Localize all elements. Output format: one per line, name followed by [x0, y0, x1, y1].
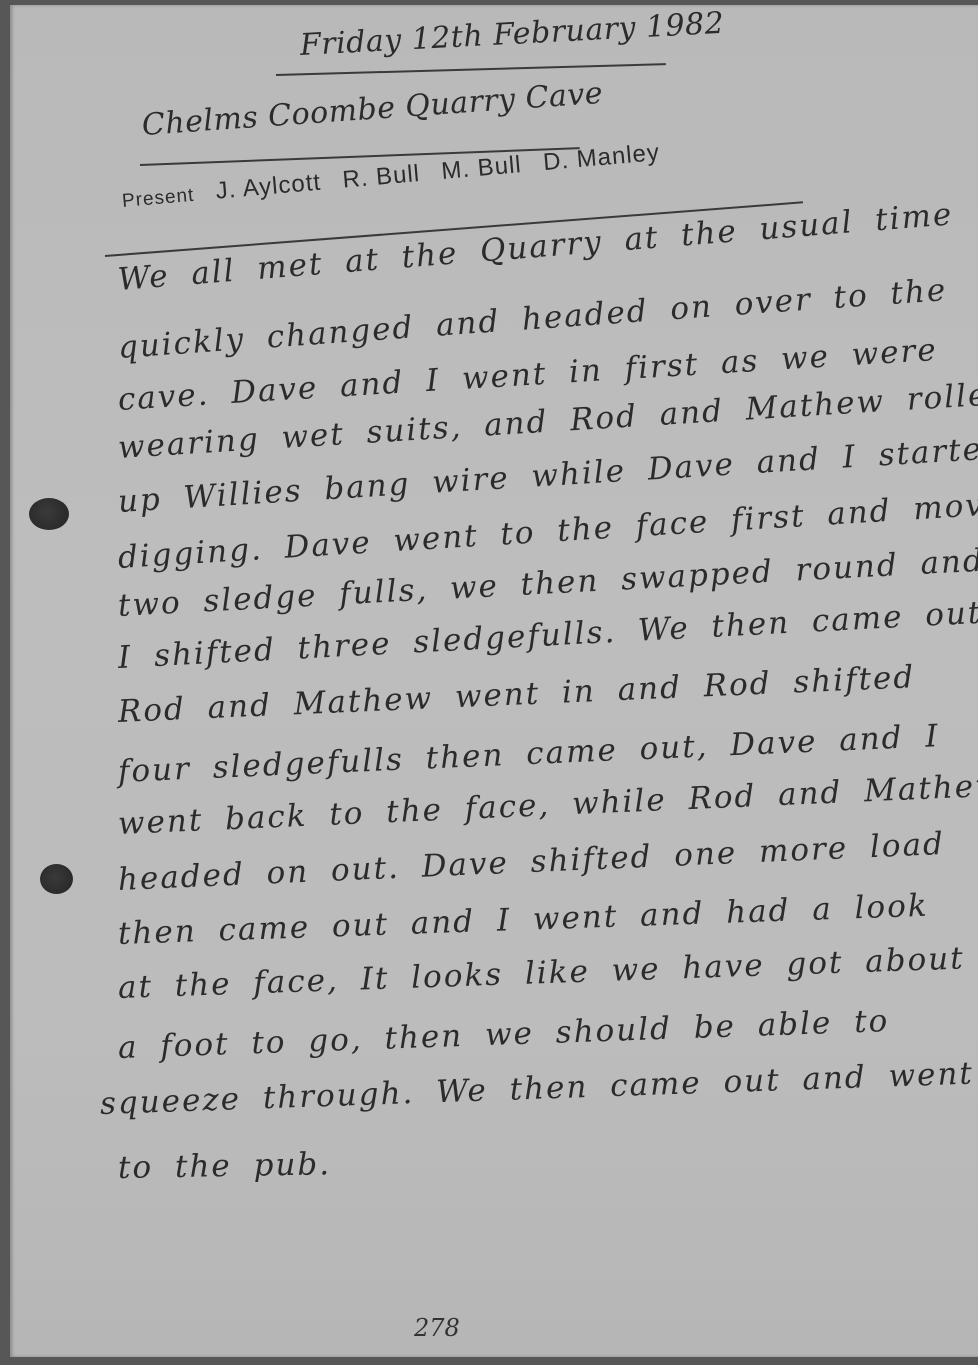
punch-hole-top [29, 498, 69, 530]
present-name: M. Bull [440, 151, 522, 185]
punch-hole-bottom [40, 864, 73, 894]
page-number: 278 [414, 1314, 460, 1342]
present-name: R. Bull [341, 160, 421, 194]
body-line: to the pub. [118, 1146, 332, 1186]
present-label: Present [121, 185, 195, 212]
